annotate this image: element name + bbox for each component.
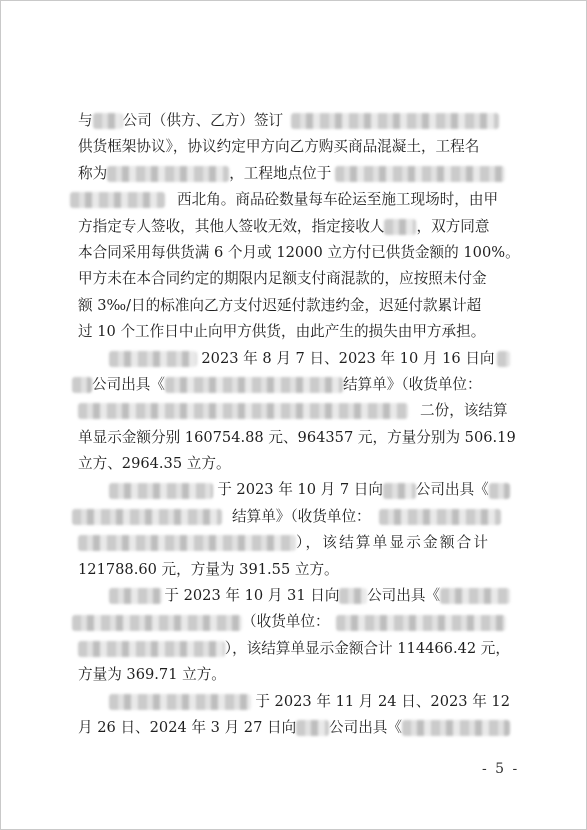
text-line: 121788.60 元，方量为 391.55 立方。	[78, 557, 510, 583]
text-line: 单显示金额分别 160754.88 元、964357 元，方量分别为 506.1…	[78, 425, 510, 451]
text-line: 额 3‰/日的标准向乙方支付迟延付款违约金，迟延付款累计超	[78, 293, 510, 319]
document-page: 与 公司（供方、乙方）签订 供货框架协议》，协议约定甲方向乙方购买商品混凝土，工…	[0, 0, 587, 830]
redacted-text	[497, 351, 510, 367]
text-line: ），该结算单显示金额合计	[78, 530, 510, 556]
redacted-text	[72, 509, 222, 525]
text-line: 于 2023 年 10 月 7 日向 公司出具《	[78, 477, 510, 503]
text-line: （收货单位：	[78, 609, 510, 635]
redacted-text	[339, 588, 367, 604]
text-line: 结算单》（收货单位：	[78, 504, 510, 530]
text-line: 方量为 369.71 立方。	[78, 662, 510, 688]
text-line: 二份，该结算	[78, 398, 510, 424]
redacted-text	[336, 615, 506, 631]
redacted-text	[165, 377, 343, 393]
redacted-text	[109, 588, 162, 604]
redacted-text	[78, 641, 225, 657]
redacted-text	[70, 192, 165, 208]
text-line: 立方、2964.35 立方。	[78, 451, 510, 477]
text-line: 供货框架协议》，协议约定甲方向乙方购买商品混凝土，工程名	[78, 134, 510, 160]
redacted-text	[78, 535, 296, 551]
redacted-text	[384, 219, 416, 235]
redacted-text	[440, 588, 510, 604]
text-line: 2023 年 8 月 7 日、2023 年 10 月 16 日向	[78, 346, 510, 372]
redacted-text	[335, 166, 505, 182]
redacted-text	[383, 483, 416, 499]
redacted-text	[109, 483, 213, 499]
page-number: - 5 -	[482, 761, 517, 777]
redacted-text	[93, 113, 123, 129]
redacted-text	[489, 483, 510, 499]
text-line: ），该结算单显示金额合计 114466.42 元，	[78, 636, 510, 662]
redacted-text	[296, 720, 329, 736]
text-line: 月 26 日、2024 年 3 月 27 日向 公司出具《	[78, 715, 510, 741]
redacted-text	[107, 166, 229, 182]
text-line: 过 10 个工作日中止向甲方供货，由此产生的损失由甲方承担。	[78, 319, 510, 345]
text-line: 与 公司（供方、乙方）签订	[78, 108, 510, 134]
text-line: 公司出具《 结算单》（收货单位：	[78, 372, 510, 398]
redacted-text	[379, 509, 501, 525]
text-line: 本合同采用每供货满 6 个月或 12000 立方付已供货金额的 100%。	[78, 240, 510, 266]
text-line: 于 2023 年 10 月 31 日向 公司出具《	[78, 583, 510, 609]
redacted-text	[78, 403, 408, 419]
text-line: 甲方未在本合同约定的期限内足额支付商混款的，应按照未付金	[78, 266, 510, 292]
redacted-text	[291, 113, 499, 129]
redacted-text	[72, 377, 92, 393]
text-line: 于 2023 年 11 月 24 日、2023 年 12	[78, 689, 510, 715]
text-line: 称为 ，工程地点位于	[78, 161, 510, 187]
redacted-text	[109, 694, 251, 710]
redacted-text	[109, 351, 197, 367]
redacted-text	[72, 615, 242, 631]
redacted-text	[402, 720, 510, 736]
document-body: 与 公司（供方、乙方）签订 供货框架协议》，协议约定甲方向乙方购买商品混凝土，工…	[78, 108, 510, 741]
text-line: 西北角。商品砼数量每车砼运至施工现场时，由甲	[78, 187, 510, 213]
text-line: 方指定专人签收，其他人签收无效，指定接收人 ，双方同意	[78, 214, 510, 240]
